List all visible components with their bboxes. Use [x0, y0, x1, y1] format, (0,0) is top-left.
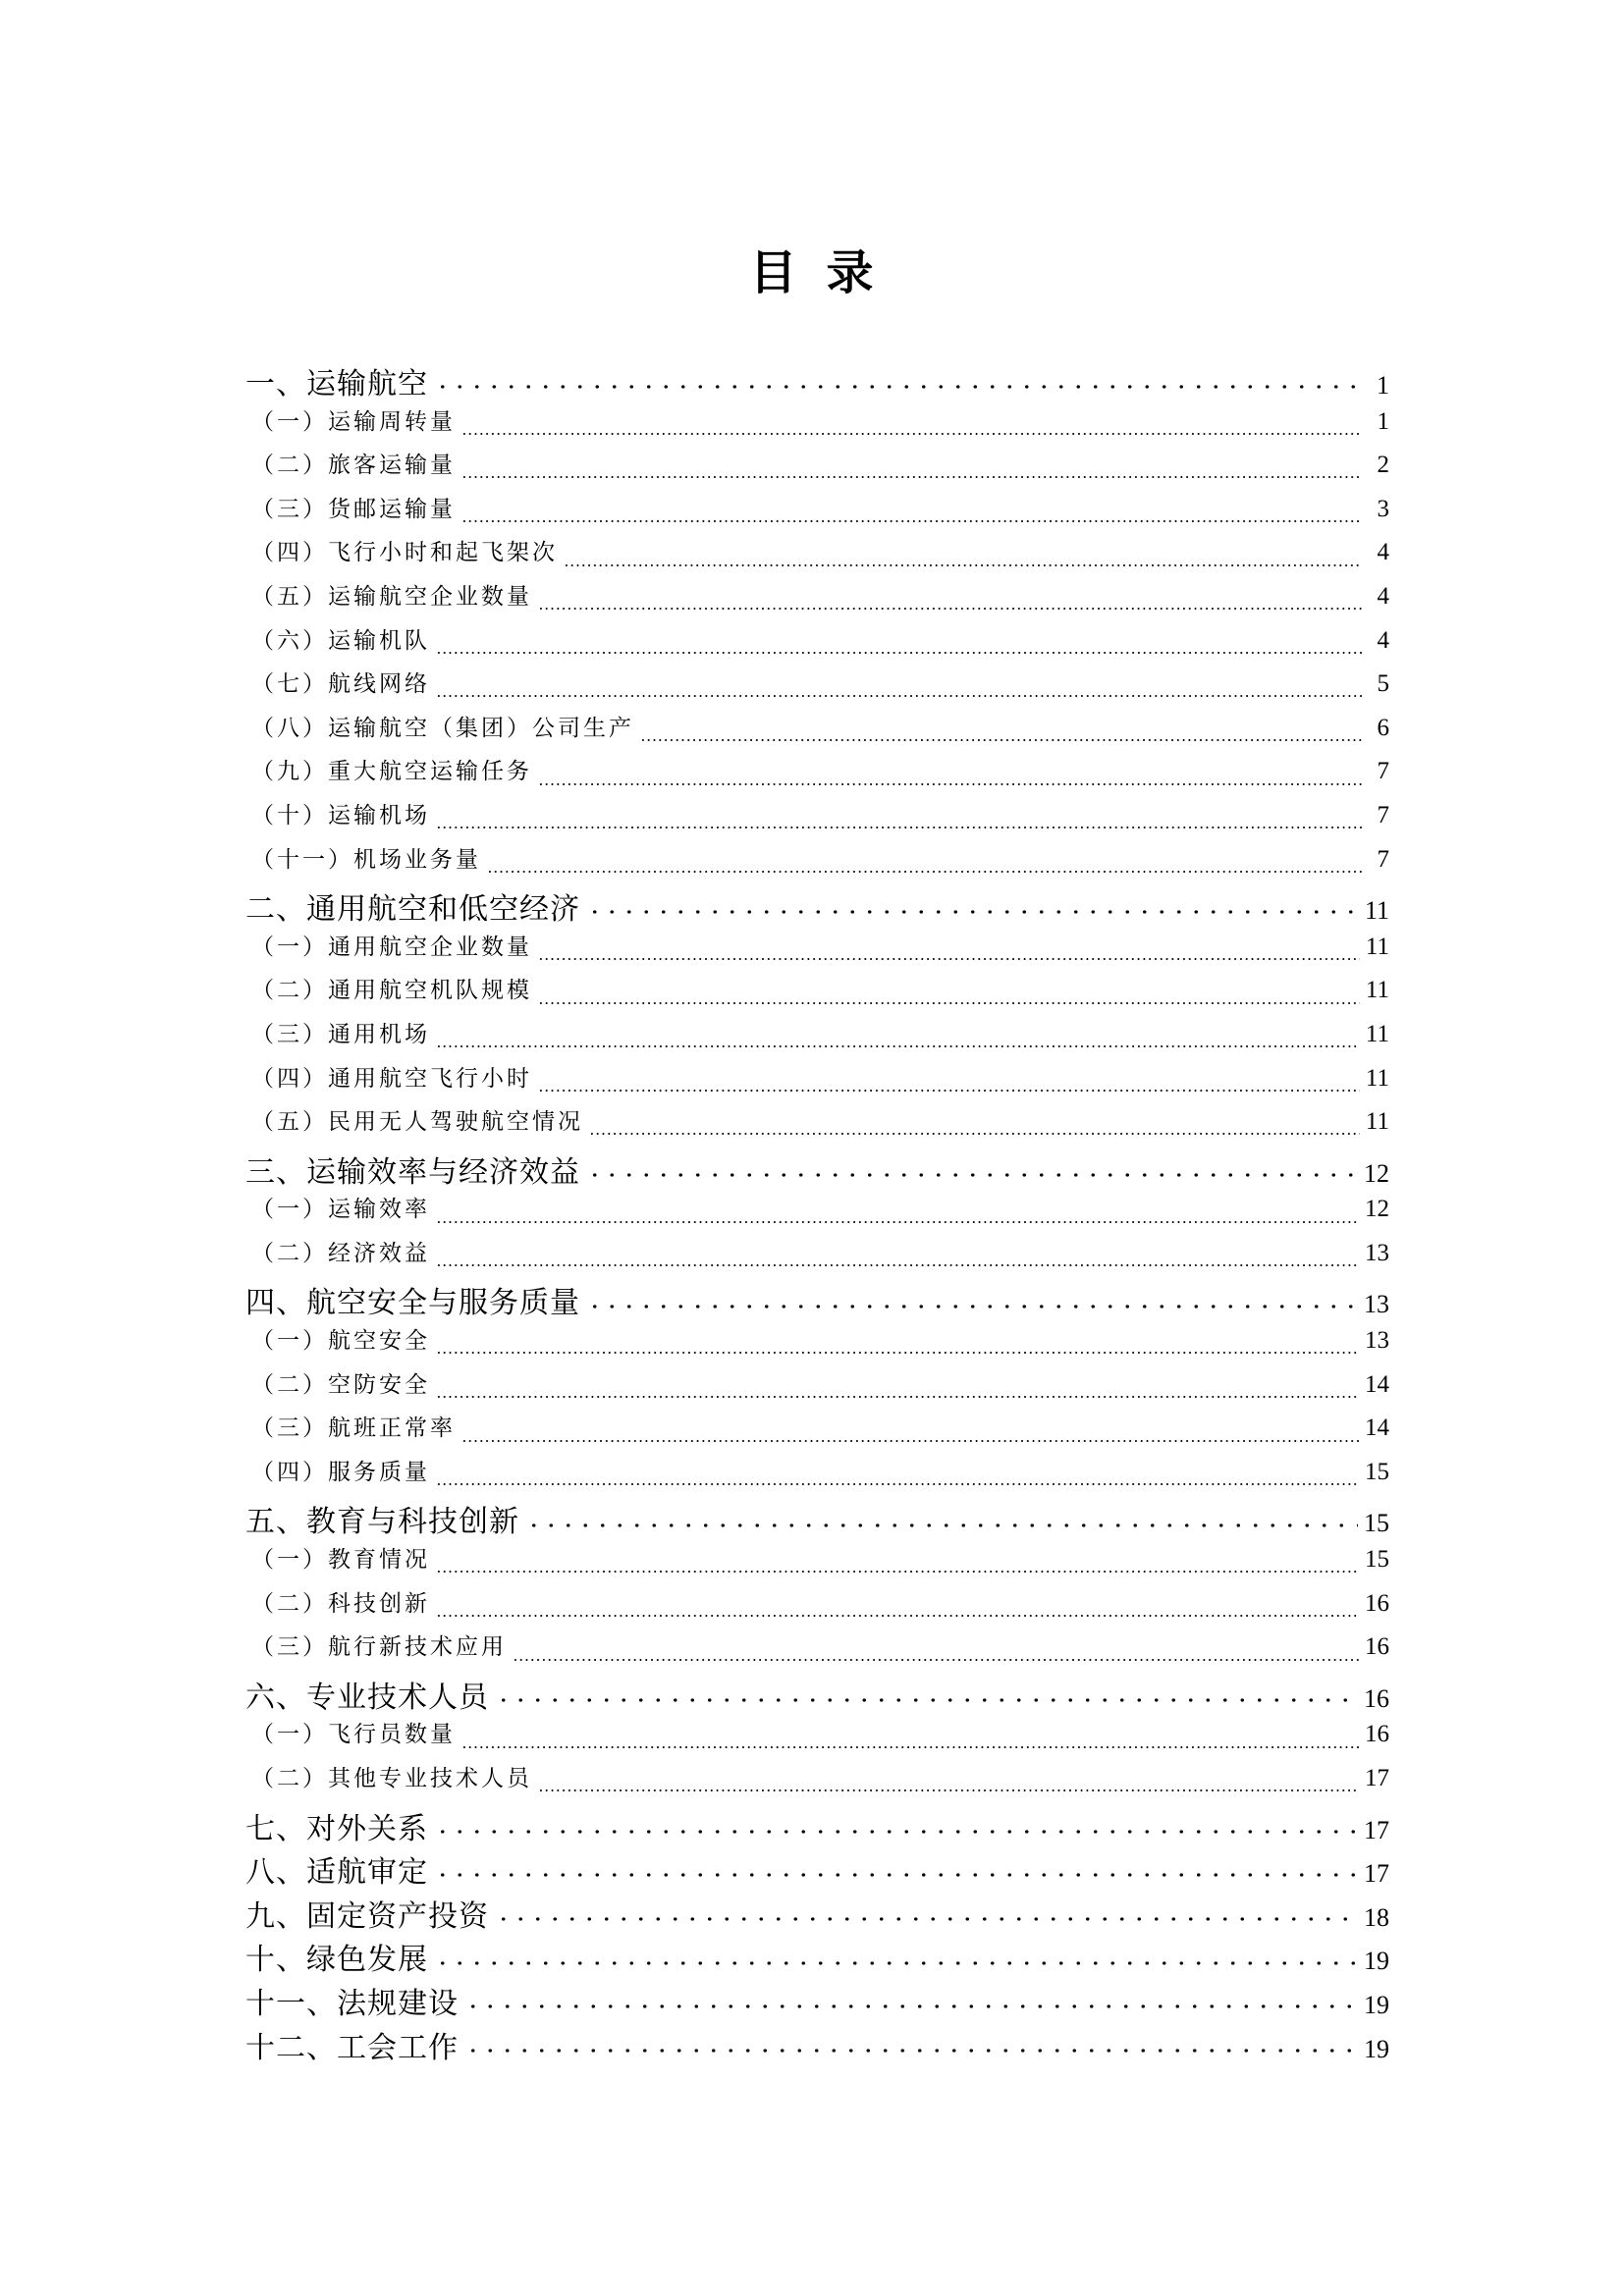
- toc-entry-label: （四）服务质量: [245, 1454, 430, 1486]
- toc-subsection-entry[interactable]: （八）运输航空（集团）公司生产6: [245, 710, 1389, 754]
- dot-leader: [436, 1571, 1359, 1573]
- dot-leader: [436, 1045, 1360, 1047]
- dot-leader: [464, 2004, 1358, 2008]
- toc-page-number: 7: [1368, 846, 1389, 874]
- toc-subsection-entry[interactable]: （二）其他专业技术人员17: [245, 1760, 1389, 1804]
- page-title: 目录: [0, 243, 1623, 302]
- toc-subsection-entry[interactable]: （二）经济效益13: [245, 1235, 1389, 1279]
- toc-subsection-entry[interactable]: （五）运输航空企业数量4: [245, 578, 1389, 622]
- dot-leader: [538, 958, 1360, 960]
- dot-leader: [436, 1483, 1359, 1485]
- toc-subsection-entry[interactable]: （三）航行新技术应用16: [245, 1629, 1389, 1673]
- dot-leader: [436, 1615, 1359, 1617]
- toc-subsection-entry[interactable]: （六）运输机队4: [245, 622, 1389, 667]
- toc-subsection-entry[interactable]: （一）运输效率12: [245, 1191, 1389, 1235]
- toc-page-number: 16: [1365, 1590, 1389, 1618]
- toc-entry-label: （二）科技创新: [245, 1585, 430, 1618]
- toc-entry-label: （十一）机场业务量: [245, 841, 481, 874]
- toc-page-number: 14: [1365, 1371, 1389, 1399]
- toc-entry-label: 五、教育与科技创新: [245, 1497, 519, 1540]
- table-of-contents: 一、运输航空1（一）运输周转量1（二）旅客运输量2（三）货邮运输量3（四）飞行小…: [245, 359, 1389, 2066]
- toc-page-number: 11: [1365, 896, 1389, 926]
- toc-subsection-entry[interactable]: （五）民用无人驾驶航空情况11: [245, 1103, 1389, 1148]
- toc-section-entry[interactable]: 五、教育与科技创新15: [245, 1497, 1389, 1541]
- dot-leader: [434, 1961, 1358, 1965]
- toc-subsection-entry[interactable]: （四）飞行小时和起飞架次4: [245, 534, 1389, 578]
- toc-entry-label: 十、绿色发展: [245, 1935, 428, 1978]
- toc-entry-label: （一）教育情况: [245, 1541, 430, 1574]
- toc-page-number: 11: [1366, 977, 1389, 1004]
- toc-page-number: 11: [1366, 1021, 1389, 1048]
- toc-subsection-entry[interactable]: （一）教育情况15: [245, 1541, 1389, 1585]
- toc-entry-label: （四）通用航空飞行小时: [245, 1060, 532, 1093]
- toc-page-number: 12: [1364, 1159, 1389, 1189]
- toc-subsection-entry[interactable]: （四）通用航空飞行小时11: [245, 1060, 1389, 1104]
- dot-leader: [461, 1440, 1359, 1442]
- toc-entry-label: （一）通用航空企业数量: [245, 929, 532, 961]
- toc-page-number: 19: [1364, 1991, 1389, 2020]
- dot-leader: [434, 385, 1362, 389]
- toc-entry-label: （六）运输机队: [245, 622, 430, 655]
- toc-entry-label: （三）航班正常率: [245, 1410, 456, 1442]
- toc-page-number: 1: [1368, 371, 1389, 400]
- dot-leader: [461, 1746, 1359, 1748]
- toc-page-number: 7: [1368, 802, 1389, 829]
- dot-leader: [586, 910, 1359, 914]
- toc-subsection-entry[interactable]: （一）通用航空企业数量11: [245, 929, 1389, 973]
- toc-section-entry[interactable]: 三、运输效率与经济效益12: [245, 1148, 1389, 1192]
- toc-page-number: 6: [1368, 715, 1389, 742]
- toc-page-number: 15: [1365, 1459, 1389, 1486]
- toc-section-entry[interactable]: 六、专业技术人员16: [245, 1673, 1389, 1717]
- toc-subsection-entry[interactable]: （四）服务质量15: [245, 1454, 1389, 1498]
- dot-leader: [436, 1396, 1359, 1398]
- toc-entry-label: （一）运输周转量: [245, 403, 456, 436]
- toc-section-entry[interactable]: 九、固定资产投资18: [245, 1892, 1389, 1936]
- toc-subsection-entry[interactable]: （二）通用航空机队规模11: [245, 972, 1389, 1016]
- toc-entry-label: （二）空防安全: [245, 1366, 430, 1399]
- toc-entry-label: （七）航线网络: [245, 666, 430, 698]
- toc-page-number: 18: [1364, 1903, 1389, 1933]
- toc-page-number: 11: [1366, 1065, 1389, 1093]
- dot-leader: [640, 739, 1362, 741]
- toc-entry-label: 九、固定资产投资: [245, 1892, 489, 1935]
- toc-page-number: 4: [1368, 583, 1389, 611]
- toc-subsection-entry[interactable]: （十）运输机场7: [245, 797, 1389, 841]
- toc-page-number: 13: [1365, 1240, 1389, 1267]
- dot-leader: [586, 1305, 1358, 1308]
- toc-entry-label: 四、航空安全与服务质量: [245, 1278, 580, 1321]
- toc-page-number: 13: [1365, 1327, 1389, 1355]
- toc-subsection-entry[interactable]: （十一）机场业务量7: [245, 841, 1389, 885]
- toc-section-entry[interactable]: 四、航空安全与服务质量13: [245, 1278, 1389, 1322]
- toc-page-number: 14: [1365, 1415, 1389, 1442]
- toc-entry-label: （八）运输航空（集团）公司生产: [245, 710, 634, 742]
- toc-section-entry[interactable]: 一、运输航空1: [245, 359, 1389, 403]
- dot-leader: [464, 2049, 1358, 2053]
- dot-leader: [564, 564, 1362, 566]
- toc-entry-label: （二）其他专业技术人员: [245, 1760, 532, 1792]
- toc-section-entry[interactable]: 十、绿色发展19: [245, 1935, 1389, 1979]
- toc-page-number: 19: [1364, 2035, 1389, 2064]
- toc-entry-label: （二）旅客运输量: [245, 447, 456, 479]
- toc-entry-label: 二、通用航空和低空经济: [245, 884, 580, 928]
- dot-leader: [495, 1917, 1358, 1921]
- dot-leader: [487, 871, 1362, 873]
- toc-page-number: 16: [1365, 1721, 1389, 1748]
- toc-entry-label: 七、对外关系: [245, 1804, 428, 1847]
- toc-page-number: 17: [1364, 1816, 1389, 1845]
- dot-leader: [525, 1523, 1358, 1527]
- toc-page-number: 12: [1365, 1196, 1389, 1223]
- toc-entry-label: （一）运输效率: [245, 1191, 430, 1223]
- toc-entry-label: （五）民用无人驾驶航空情况: [245, 1103, 583, 1136]
- toc-subsection-entry[interactable]: （一）飞行员数量16: [245, 1716, 1389, 1760]
- toc-entry-label: 一、运输航空: [245, 359, 428, 402]
- toc-entry-label: （四）飞行小时和起飞架次: [245, 534, 558, 566]
- dot-leader: [436, 1264, 1359, 1266]
- dot-leader: [436, 827, 1362, 828]
- toc-page-number: 4: [1368, 539, 1389, 566]
- dot-leader: [586, 1173, 1358, 1177]
- toc-subsection-entry[interactable]: （一）航空安全13: [245, 1322, 1389, 1366]
- toc-entry-label: （三）航行新技术应用: [245, 1629, 507, 1661]
- toc-page-number: 4: [1368, 627, 1389, 655]
- dot-leader: [461, 433, 1362, 435]
- toc-entry-label: （二）通用航空机队规模: [245, 972, 532, 1004]
- toc-entry-label: 六、专业技术人员: [245, 1673, 489, 1716]
- toc-entry-label: 八、适航审定: [245, 1847, 428, 1891]
- toc-page-number: 17: [1365, 1765, 1389, 1792]
- toc-section-entry[interactable]: 二、通用航空和低空经济11: [245, 884, 1389, 929]
- toc-page-number: 11: [1366, 934, 1389, 961]
- toc-entry-label: （一）飞行员数量: [245, 1716, 456, 1748]
- toc-entry-label: （九）重大航空运输任务: [245, 753, 532, 785]
- dot-leader: [589, 1133, 1360, 1135]
- toc-subsection-entry[interactable]: （二）空防安全14: [245, 1366, 1389, 1411]
- toc-subsection-entry[interactable]: （九）重大航空运输任务7: [245, 753, 1389, 797]
- toc-page-number: 7: [1368, 758, 1389, 785]
- toc-page-number: 2: [1368, 452, 1389, 479]
- toc-subsection-entry[interactable]: （二）科技创新16: [245, 1585, 1389, 1629]
- toc-entry-label: （二）经济效益: [245, 1235, 430, 1267]
- toc-page-number: 11: [1366, 1108, 1389, 1136]
- toc-section-entry[interactable]: 七、对外关系17: [245, 1804, 1389, 1848]
- toc-section-entry[interactable]: 十一、法规建设19: [245, 1979, 1389, 2023]
- toc-page-number: 15: [1364, 1509, 1389, 1538]
- toc-entry-label: （十）运输机场: [245, 797, 430, 829]
- toc-section-entry[interactable]: 十二、工会工作19: [245, 2023, 1389, 2067]
- toc-entry-label: （一）航空安全: [245, 1322, 430, 1355]
- toc-page-number: 3: [1368, 496, 1389, 523]
- toc-entry-label: （三）货邮运输量: [245, 491, 456, 523]
- toc-subsection-entry[interactable]: （二）旅客运输量2: [245, 447, 1389, 491]
- toc-page-number: 16: [1364, 1684, 1389, 1714]
- dot-leader: [436, 1352, 1359, 1354]
- toc-page-number: 15: [1365, 1546, 1389, 1574]
- toc-page-number: 1: [1368, 408, 1389, 436]
- dot-leader: [436, 695, 1362, 697]
- toc-subsection-entry[interactable]: （七）航线网络5: [245, 666, 1389, 710]
- dot-leader: [461, 476, 1362, 478]
- toc-subsection-entry[interactable]: （三）航班正常率14: [245, 1410, 1389, 1454]
- dot-leader: [434, 1830, 1358, 1834]
- dot-leader: [538, 1789, 1359, 1791]
- dot-leader: [513, 1659, 1359, 1661]
- dot-leader: [495, 1698, 1358, 1702]
- toc-page-number: 19: [1364, 1947, 1389, 1976]
- dot-leader: [434, 1873, 1358, 1877]
- toc-section-entry[interactable]: 八、适航审定17: [245, 1847, 1389, 1892]
- toc-entry-label: （五）运输航空企业数量: [245, 578, 532, 611]
- dot-leader: [436, 652, 1362, 654]
- dot-leader: [436, 1221, 1359, 1223]
- toc-entry-label: 十二、工会工作: [245, 2023, 459, 2066]
- toc-page-number: 5: [1368, 670, 1389, 698]
- toc-page-number: 17: [1364, 1859, 1389, 1889]
- dot-leader: [538, 783, 1362, 785]
- toc-subsection-entry[interactable]: （三）通用机场11: [245, 1016, 1389, 1060]
- toc-entry-label: 三、运输效率与经济效益: [245, 1148, 580, 1191]
- toc-entry-label: （三）通用机场: [245, 1016, 430, 1048]
- dot-leader: [461, 520, 1362, 522]
- dot-leader: [538, 608, 1362, 610]
- toc-entry-label: 十一、法规建设: [245, 1979, 459, 2022]
- toc-subsection-entry[interactable]: （一）运输周转量1: [245, 403, 1389, 448]
- dot-leader: [538, 1090, 1360, 1092]
- toc-page-number: 13: [1364, 1290, 1389, 1319]
- dot-leader: [538, 1002, 1360, 1004]
- toc-subsection-entry[interactable]: （三）货邮运输量3: [245, 491, 1389, 535]
- toc-page-number: 16: [1365, 1633, 1389, 1661]
